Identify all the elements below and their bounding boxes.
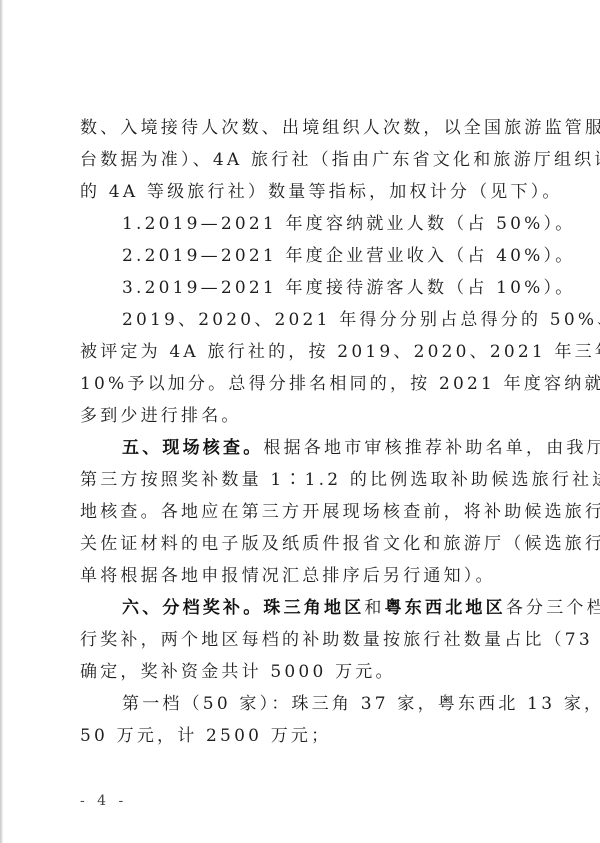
text-line: 2019、2020、2021 年得分分别占总得分的 50%、30%、20%。 bbox=[80, 304, 526, 336]
text-line: 数、入境接待人次数、出境组织人次数，以全国旅游监管服务平 bbox=[80, 112, 526, 144]
text-line: 台数据为准）、4A 旅行社（指由广东省文化和旅游厅组织评定 bbox=[80, 144, 526, 176]
text-line: 关佐证材料的电子版及纸质件报省文化和旅游厅（候选旅行社名 bbox=[80, 528, 526, 560]
section-text: 根据各地市审核推荐补助名单，由我厅委托 bbox=[263, 438, 600, 458]
section-five-line: 五、现场核查。根据各地市审核推荐补助名单，由我厅委托 bbox=[80, 432, 526, 464]
section-text: 各分三个档次进 bbox=[506, 598, 600, 618]
conjunction: 和 bbox=[364, 598, 384, 618]
text-line: 被评定为 4A 旅行社的，按 2019、2020、2021 年三年平均得分的 bbox=[80, 336, 526, 368]
text-line: 地核查。各地应在第三方开展现场核查前，将补助候选旅行社相 bbox=[80, 496, 526, 528]
criteria-item-3: 3.2019—2021 年度接待游客人数（占 10%）。 bbox=[80, 272, 526, 304]
text-line: 单将根据各地申报情况汇总排序后另行通知）。 bbox=[80, 560, 526, 592]
text-line: 的 4A 等级旅行社）数量等指标，加权计分（见下）。 bbox=[80, 176, 526, 208]
document-body: 数、入境接待人次数、出境组织人次数，以全国旅游监管服务平 台数据为准）、4A 旅… bbox=[80, 112, 526, 752]
text-line: 行奖补，两个地区每档的补助数量按旅行社数量占比（73∶27） bbox=[80, 624, 526, 656]
text-line: 第三方按照奖补数量 1∶1.2 的比例选取补助候选旅行社进行实 bbox=[80, 464, 526, 496]
region-pearl-river-delta: 珠三角地区 bbox=[263, 598, 364, 618]
region-east-west-north: 粤东西北地区 bbox=[385, 598, 506, 618]
text-line: 50 万元，计 2500 万元； bbox=[80, 720, 526, 752]
text-line: 确定，奖补资金共计 5000 万元。 bbox=[80, 656, 526, 688]
section-six-line: 六、分档奖补。珠三角地区和粤东西北地区各分三个档次进 bbox=[80, 592, 526, 624]
text-line: 多到少进行排名。 bbox=[80, 400, 526, 432]
page-number: - 4 - bbox=[80, 793, 127, 809]
text-line: 10%予以加分。总得分排名相同的，按 2021 年度容纳就业人数由 bbox=[80, 368, 526, 400]
criteria-item-2: 2.2019—2021 年度企业营业收入（占 40%）。 bbox=[80, 240, 526, 272]
section-heading-five: 五、现场核查。 bbox=[122, 438, 263, 458]
tier-one-line: 第一档（50 家）：珠三角 37 家，粤东西北 13 家，各奖补 bbox=[80, 688, 526, 720]
scan-edge bbox=[0, 0, 3, 843]
section-heading-six: 六、分档奖补。 bbox=[122, 598, 263, 618]
criteria-item-1: 1.2019—2021 年度容纳就业人数（占 50%）。 bbox=[80, 208, 526, 240]
